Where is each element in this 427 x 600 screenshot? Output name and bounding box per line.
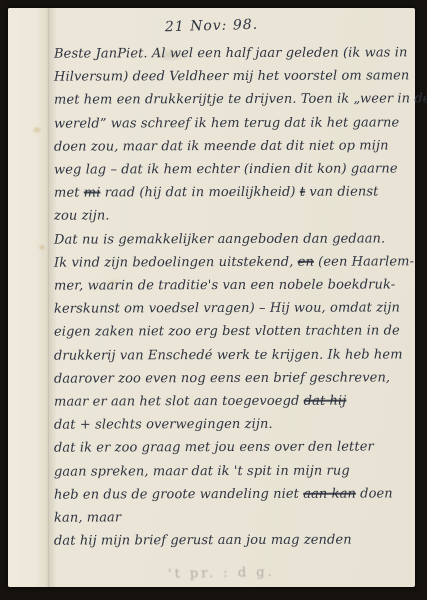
letter-line: drukkerij van Enschedé werk te krijgen. … xyxy=(54,343,409,367)
letter-paper: 21 Nov: 98. Beste JanPiet. Al wel een ha… xyxy=(8,8,415,587)
letter-line: daarover zoo even nog eens een brief ges… xyxy=(54,366,409,390)
letter-line: dat + slechts overwegingen zijn. xyxy=(54,413,409,437)
letter-line: eigen zaken niet zoo erg best vlotten tr… xyxy=(54,320,409,344)
struck-word: dat hij xyxy=(304,394,347,409)
letter-line: met hem een drukkerijtje te drijven. Toe… xyxy=(54,88,409,112)
letter-line: weg lag – dat ik hem echter (indien dit … xyxy=(54,157,409,181)
letter-line: Dat nu is gemakkelijker aangeboden dan g… xyxy=(54,227,409,251)
paper-fold-edge xyxy=(8,8,49,587)
paper-stain xyxy=(32,126,42,134)
letter-line: zou zijn. xyxy=(54,204,409,228)
letter-line: doen zou, maar dat ik meende dat dit nie… xyxy=(54,134,409,158)
struck-word: mi xyxy=(84,186,101,201)
letter-lines: Beste JanPiet. Al wel een half jaar gele… xyxy=(54,42,409,552)
letter-date: 21 Nov: 98. xyxy=(54,14,369,38)
letter-line: dat hij mijn brief gerust aan jou mag ze… xyxy=(54,529,409,553)
letter-line: wereld” was schreef ik hem terug dat ik … xyxy=(54,111,409,135)
letter-line: maar er aan het slot aan toegevoegd dat … xyxy=(54,389,409,413)
paper-stain xyxy=(38,244,46,251)
letter-line: met mi raad (hij dat in moeilijkheid) t … xyxy=(54,181,409,205)
struck-word: en xyxy=(298,255,314,270)
letter-line: Ik vind zijn bedoelingen uitstekend, en … xyxy=(54,250,409,274)
letter-line: Beste JanPiet. Al wel een half jaar gele… xyxy=(54,41,409,65)
struck-word: aan kan xyxy=(303,486,356,501)
letter-line: mer, waarin de traditie's van een nobele… xyxy=(54,273,409,297)
handwritten-text-block: 21 Nov: 98. Beste JanPiet. Al wel een ha… xyxy=(54,12,409,587)
letter-line: Hilversum) deed Veldheer mij het voorste… xyxy=(54,65,409,89)
letter-line: kan, maar xyxy=(54,505,409,529)
letter-line: gaan spreken, maar dat ik 't spit in mij… xyxy=(54,459,409,483)
letter-line: dat ik er zoo graag met jou eens over de… xyxy=(54,436,409,460)
letter-photograph: 21 Nov: 98. Beste JanPiet. Al wel een ha… xyxy=(0,0,427,600)
faint-pencil-note: 't pr. : d g. xyxy=(168,565,275,582)
letter-line: heb en dus de groote wandeling niet aan … xyxy=(54,482,409,506)
letter-line: kerskunst om voedsel vragen) – Hij wou, … xyxy=(54,297,409,321)
